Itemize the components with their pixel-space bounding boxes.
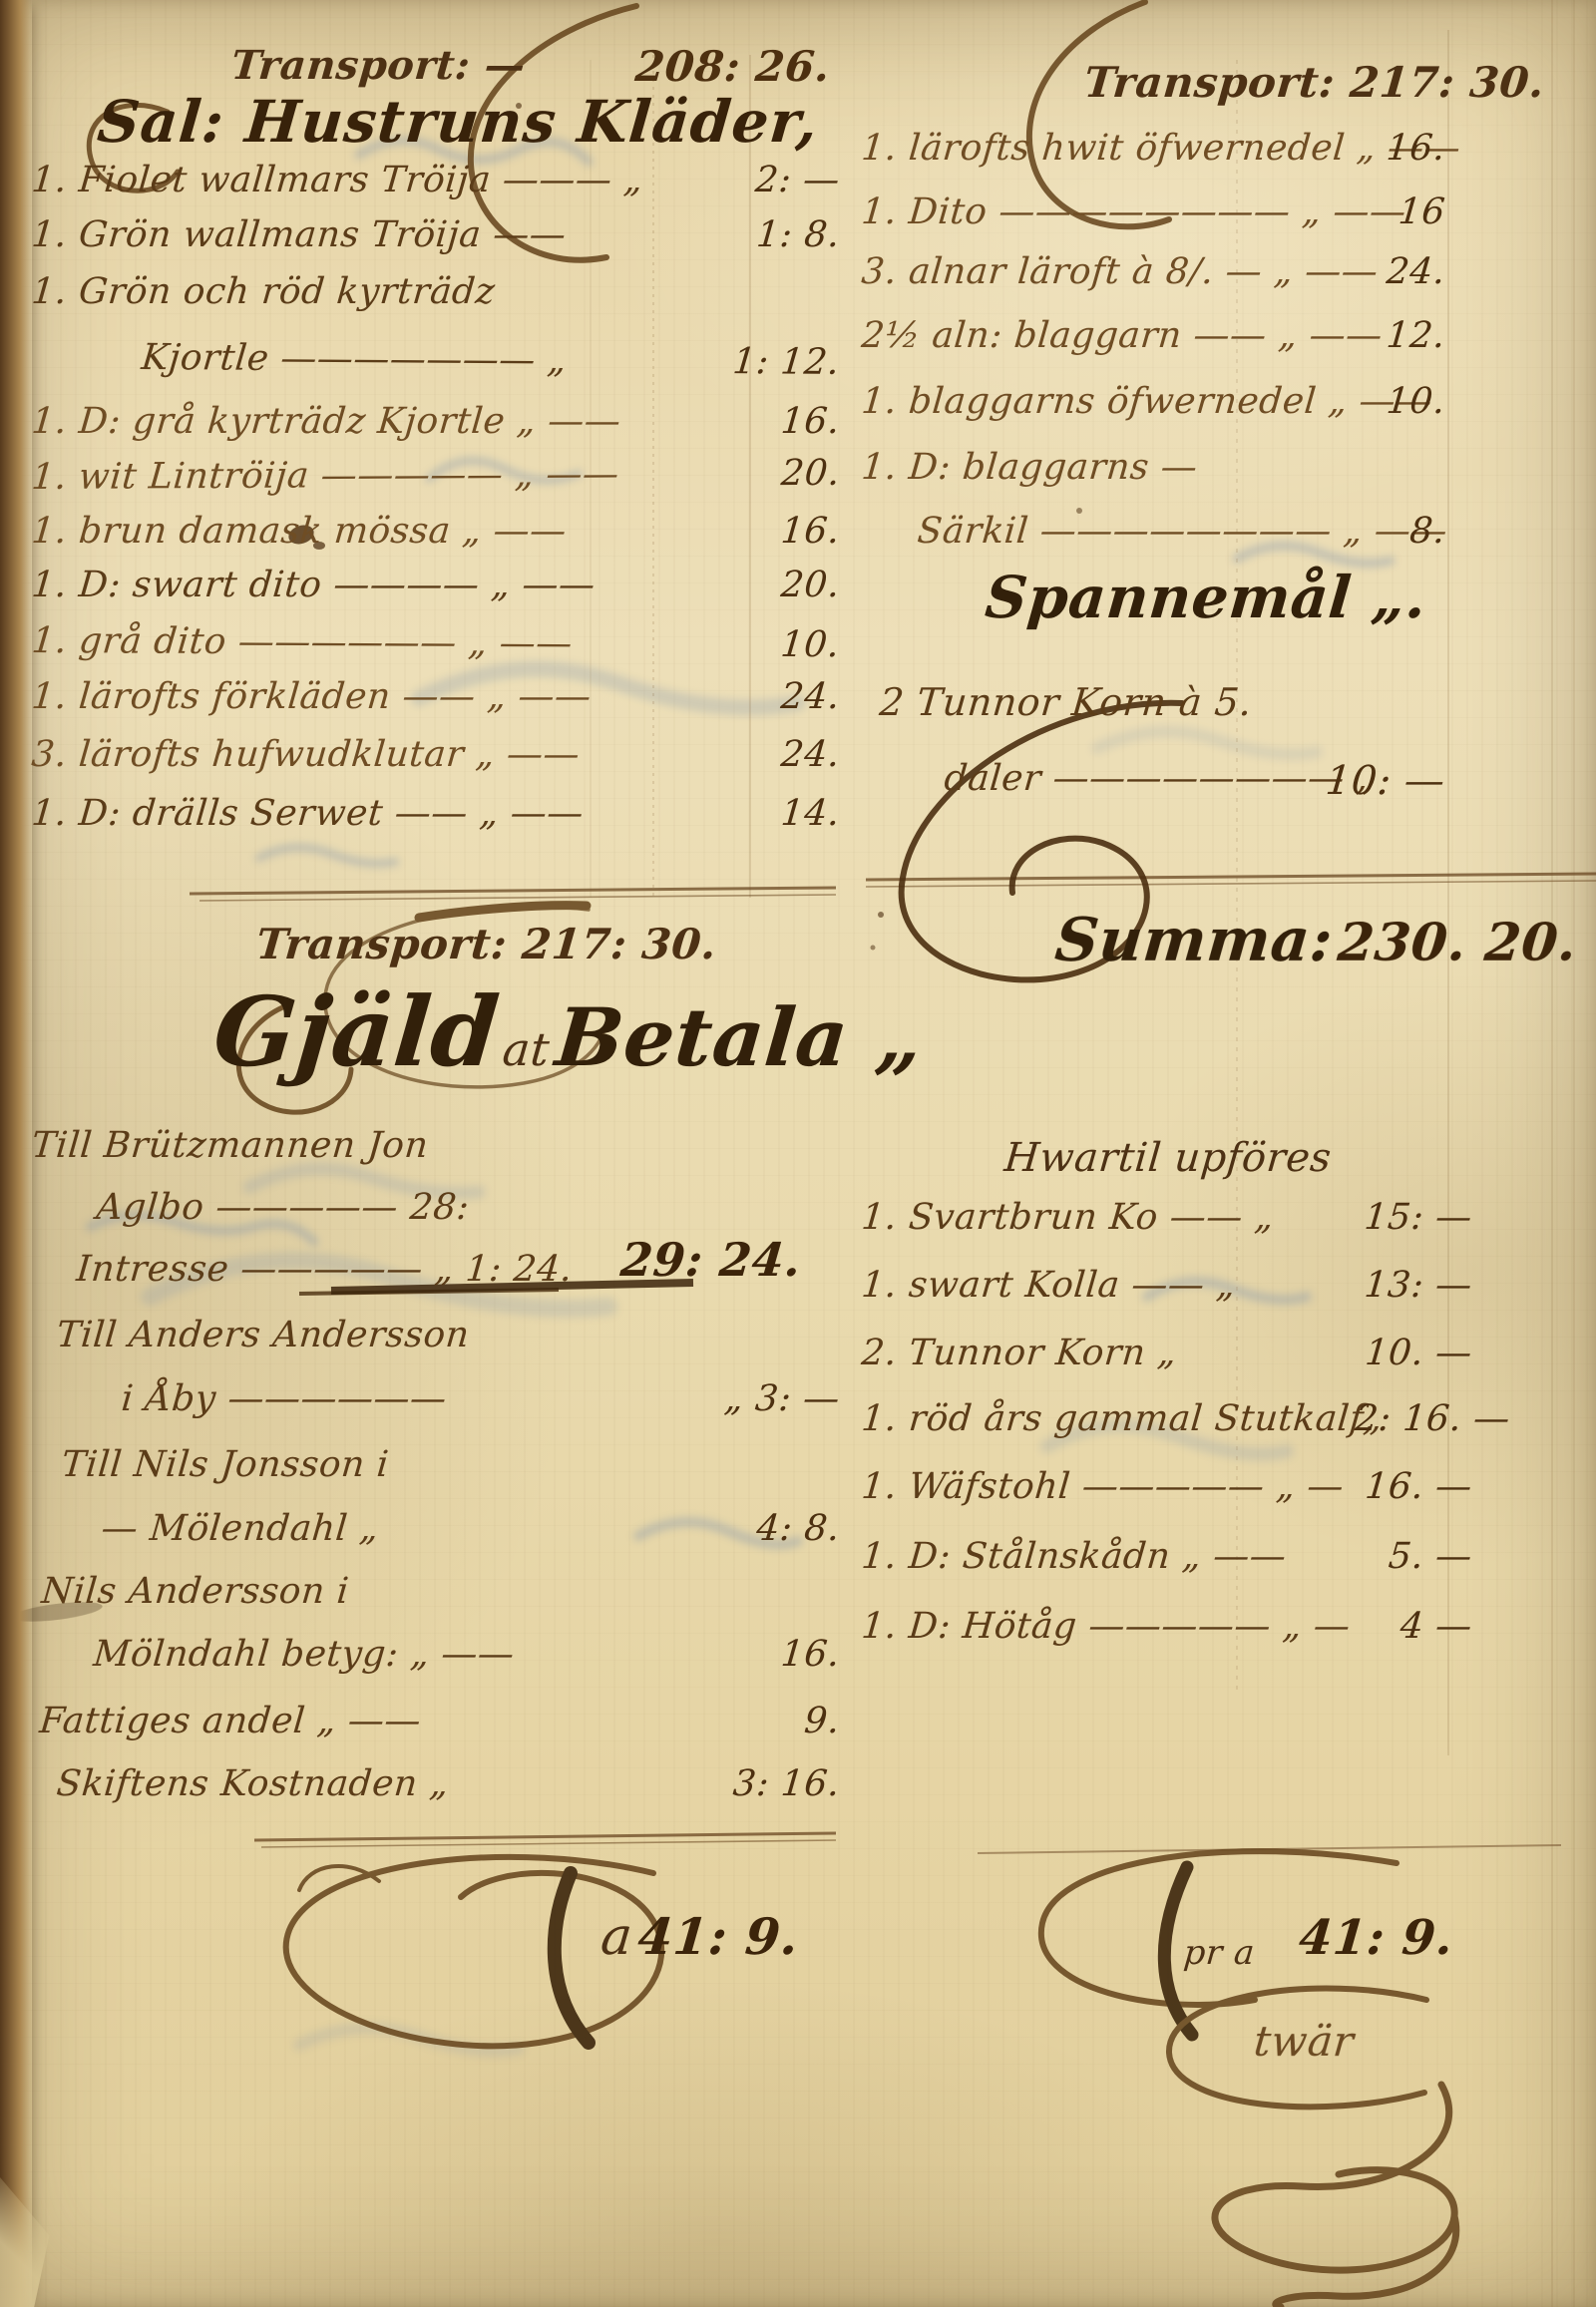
debt-item: Till Nils Jonsson i [60,1444,842,1485]
inventory-item: Särkil ———————— „ —— 8. [916,511,1447,552]
item-value: 16. [779,511,841,552]
item-value: 12. [1385,315,1446,356]
debt-item: Fattiges andel „ —— 9. [38,1701,842,1741]
item-value: 2: — [754,160,842,200]
inventory-item: 1. grå dito —————— „ —— 10. [30,620,841,665]
item-desc: Till Brützmannen Jon [30,1125,430,1166]
inventory-item: 3. alnar läroft à 8/. — „ —— 24. [860,251,1447,292]
inventory-item: 1. D: blaggarns — [860,447,1447,488]
sum-value: 230. 20. — [1336,913,1596,973]
item-value: 9. [803,1701,842,1741]
inventory-item: 3. lärofts hufwudklutar „ —— 24. [30,734,842,775]
offset-item: 2. Tunnor Korn „ 10. — [860,1333,1474,1373]
item-desc: Skiftens Kostnaden „ [55,1763,451,1804]
item-desc: 1. Grön och röd kyrträdz [30,271,497,312]
item-value: 4: 8. [755,1508,842,1549]
debt-item: Aglbo ————— 28: [95,1187,797,1228]
item-desc: Intresse ————— „ 1: 24. [75,1249,574,1290]
item-desc: Särkil ———————— „ —— [916,511,1449,552]
item-value: 20. [779,565,841,605]
transport-label: Transport: — [229,42,527,89]
item-desc: 1. Svartbrun Ko —— „ [860,1197,1276,1238]
item-desc: 1. grå dito —————— „ —— [30,620,575,664]
inventory-item: 1. Fiolet wallmars Tröija ——— „ 2: — [30,160,842,200]
section-heading-offsets: Hwartil upföres [1002,1135,1334,1181]
item-desc: 1. D: swart dito ———— „ —— [30,565,597,605]
sum-label: Summa: [1052,906,1336,975]
debt-item: Skiftens Kostnaden „ 3: 16. [55,1763,842,1804]
item-desc: Till Nils Jonsson i [60,1444,391,1485]
debt-item: Till Anders Andersson [55,1315,842,1355]
flourish-word: twär [1252,2017,1356,2066]
offset-item: 1. röd års gammal Stutkalf„ 2: 16. — [860,1398,1512,1439]
transport-total-mid-left: Transport: 217: 30. [254,920,718,968]
item-desc: 1. blaggarns öfwernedel „ —— [860,381,1433,422]
item-desc: 1. D: Hötåg ————— „ — [860,1606,1352,1647]
offset-item: 1. swart Kolla —— „ 13: — [860,1265,1474,1306]
debt-item: Nils Andersson i [40,1571,842,1612]
item-value: 10. [779,624,842,665]
section-heading-wifes-clothes: Sal: Hustruns Kläder, [95,88,821,156]
item-desc: 2½ aln: blaggarn —— „ —— [860,315,1385,356]
inventory-item: 1. blaggarns öfwernedel „ —— 10. [860,381,1447,422]
debts-sum-right: 41: 9. [1297,1910,1455,1966]
item-desc: 1. lärofts hwit öfwernedel „ —— [860,128,1462,169]
item-value: 16. [779,401,841,442]
manuscript-page: Transport: — 208: 26. Sal: Hustruns Kläd… [0,0,1596,2307]
item-value: 13: — [1363,1265,1473,1306]
item-desc: 1. lärofts förkläden —— „ —— [30,676,593,717]
item-value: 24. [779,676,841,717]
item-desc: Till Anders Andersson [55,1315,471,1355]
item-desc: 1. swart Kolla —— „ [860,1265,1237,1306]
debts-sum-left: a 41: 9. [598,1907,801,1967]
item-value: 20. [780,453,842,494]
item-value: 2: 16. — [1354,1398,1512,1439]
debt-item: Till Brützmannen Jon [30,1125,842,1166]
section-heading-grain: Spannemål „. [983,564,1429,631]
item-value: 16. — [1364,1466,1474,1507]
item-value: 24. [1385,251,1446,292]
item-desc: 1. D: grå kyrträdz Kjortle „ —— [30,401,622,442]
item-desc: 3. alnar läroft à 8/. — „ —— [860,251,1380,292]
item-desc: 1. Dito ———————— „ —— [860,192,1407,232]
inventory-item: Kjortle ——————— „ 1: 12. [140,337,841,383]
grain-entry-line2: daler ———————— „ 10: — [943,758,1447,799]
inventory-item: 1. Dito ———————— „ —— 16 [860,192,1447,232]
inventory-item: 1. brun damask mössa „ —— 16. [30,511,842,552]
item-desc: 1. Grön wallmans Tröija —— [30,214,568,255]
transport-label: Transport: [1082,58,1337,107]
offset-item: 1. Svartbrun Ko —— „ 15: — [860,1197,1474,1238]
section-heading-debts: Gjäld at Betala „ [209,975,928,1088]
debt-item: Mölndahl betyg: „ —— 16. [92,1634,842,1675]
item-desc: 1. Fiolet wallmars Tröija ——— „ [30,160,644,200]
transport-value: 208: 26. [633,42,832,91]
inventory-item: 1. D: drälls Serwet —— „ —— 14. [30,793,842,834]
sum-label: a [598,1907,635,1967]
item-desc: 1. D: drälls Serwet —— „ —— [30,793,586,834]
item-value: 15: — [1363,1197,1473,1238]
item-value: 5. — [1387,1536,1473,1577]
item-value: 4 — [1398,1606,1473,1647]
inventory-item: 2½ aln: blaggarn —— „ —— 12. [860,315,1447,356]
debt-item: — Mölendahl „ 4: 8. [100,1508,842,1549]
item-value: 10. — [1364,1333,1474,1373]
item-value: 10. [1385,381,1446,422]
torn-corner [0,2177,90,2307]
heading-word: Betala „ [552,990,927,1084]
item-value: 10: — [1324,758,1447,804]
item-desc: — Mölendahl „ [100,1508,380,1549]
inventory-item: 1. Grön wallmans Tröija —— 1: 8. [30,214,842,255]
item-value: 3: 16. [731,1763,841,1804]
offset-item: 1. D: Stålnskådn „ —— 5. — [860,1536,1474,1577]
item-desc: 1. D: Stålnskådn „ —— [860,1536,1288,1577]
item-desc: 1. D: blaggarns — [860,447,1199,488]
inventory-item: 1. lärofts hwit öfwernedel „ —— 16. [860,128,1447,169]
inventory-item: 1. lärofts förkläden —— „ —— 24. [30,676,842,717]
item-desc: 3. lärofts hufwudklutar „ —— [30,734,582,775]
item-desc: 1. Wäfstohl ————— „ — [860,1466,1346,1507]
inventory-item: 1. wit Lintröija ————— „ —— 20. [30,453,842,498]
item-value: 1: 8. [755,214,842,255]
item-value: 24. [779,734,841,775]
item-desc: 2. Tunnor Korn „ [860,1333,1178,1373]
book-binding-edge [0,0,32,2307]
grand-total: Summa: 230. 20. — [1052,906,1596,975]
item-desc: daler ———————— „ [943,758,1378,799]
transport-value: 217: 30. [1348,58,1546,107]
inventory-item: 1. D: swart dito ———— „ —— 20. [30,565,842,605]
item-desc: Fattiges andel „ —— [38,1701,423,1741]
transport-value: 217: 30. [520,920,718,968]
item-desc: i Åby —————— [120,1378,448,1419]
heading-word: at [501,1022,553,1076]
offset-item: 1. Wäfstohl ————— „ — 16. — [860,1466,1474,1507]
offset-item: 1. D: Hötåg ————— „ — 4 — [860,1606,1474,1647]
item-desc: Nils Andersson i [40,1571,351,1612]
item-value: 8. [1408,511,1447,552]
debt-item: i Åby —————— „ 3: — [120,1378,842,1419]
inventory-item: 1. Grön och röd kyrträdz [30,271,842,312]
item-value: 16. [1385,128,1446,169]
item-desc: 1. röd års gammal Stutkalf„ [860,1398,1385,1439]
item-value: „ 3: — [722,1378,841,1419]
transport-total-top-left: Transport: — 208: 26. [229,42,832,89]
corrected-sum: 29: 24. [618,1233,803,1287]
item-value: 1: 12. [731,341,842,383]
item-desc: 1. brun damask mössa „ —— [30,511,569,552]
item-desc: 1. wit Lintröija ————— „ —— [30,454,620,498]
heading-word: Gjäld [209,975,504,1088]
item-value: 16. [779,1634,841,1675]
inventory-item: 1. D: grå kyrträdz Kjortle „ —— 16. [30,401,842,442]
transport-label: Transport: [254,920,509,968]
item-desc: Kjortle ——————— „ [140,337,569,381]
item-value: 16 [1396,192,1446,232]
grain-entry-line1: 2 Tunnor Korn à 5. [878,680,1254,724]
transport-total-top-right: Transport: 217: 30. [1082,58,1546,107]
item-value: 14. [779,793,841,834]
sum-prefix: pr a [1182,1933,1257,1973]
item-desc: Aglbo ————— 28: [95,1187,471,1228]
sum-value: 41: 9. [635,1907,801,1966]
item-desc: Mölndahl betyg: „ —— [92,1634,516,1675]
